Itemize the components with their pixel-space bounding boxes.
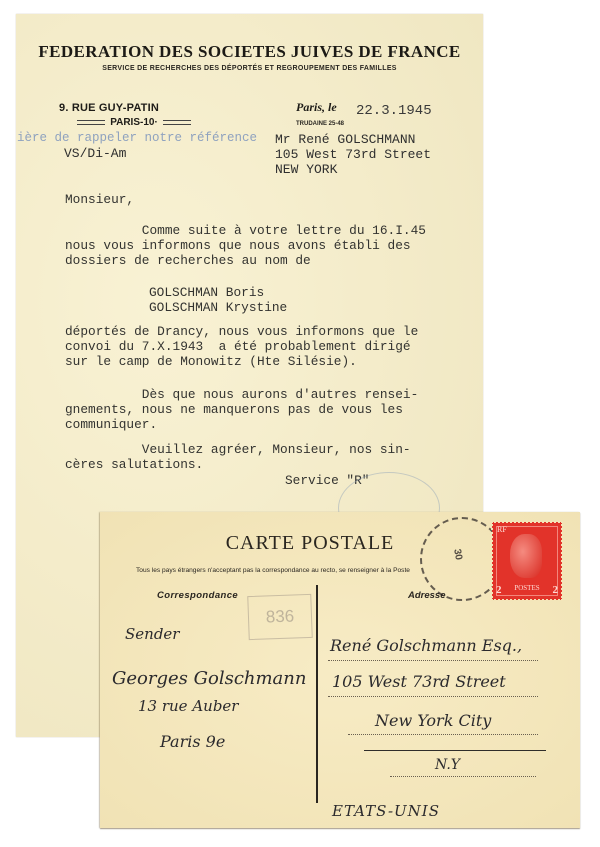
address-name: René Golschmann Esq., xyxy=(330,636,522,655)
postcard-divider xyxy=(316,585,318,803)
paragraph-3: Dès que nous aurons d'autres rensei- gne… xyxy=(65,387,418,432)
letter-date: 22.3.1945 xyxy=(356,103,432,119)
address-line-2 xyxy=(328,696,538,697)
postcard: CARTE POSTALE Tous les pays étrangers n'… xyxy=(100,512,580,828)
sender-name: Georges Golschmann xyxy=(112,668,306,689)
reference-note: prière de rappeler notre référence xyxy=(2,131,257,145)
recipient-street: 105 West 73rd Street xyxy=(275,147,431,162)
sender-street: 13 rue Auber xyxy=(138,697,238,715)
postage-stamp: RF 2 POSTES 2 xyxy=(492,522,562,600)
address-line-4 xyxy=(390,776,536,777)
stamp-portrait-icon xyxy=(510,534,542,578)
address-line-3 xyxy=(348,734,538,735)
recipient-name: Mr René GOLSCHMANN xyxy=(275,132,415,147)
letterhead-address-street: 9. RUE GUY-PATIN xyxy=(59,102,159,114)
address-city: New York City xyxy=(375,711,491,730)
address-line-1 xyxy=(328,660,538,661)
stamp-value-row: 2 POSTES 2 xyxy=(496,584,558,596)
letterhead-phone: TRUDAINE 25-48 xyxy=(296,121,344,127)
postcard-notice: Tous les pays étrangers n'acceptant pas … xyxy=(136,567,410,574)
sender-label: Sender xyxy=(125,625,179,643)
stamp-country: RF xyxy=(497,525,507,534)
recipient-city: NEW YORK xyxy=(275,162,337,177)
closing: Veuillez agréer, Monsieur, nos sin- cère… xyxy=(65,442,411,472)
place-label: Paris, le xyxy=(296,100,337,115)
address-street: 105 West 73rd Street xyxy=(332,672,506,691)
recipient-block: Mr René GOLSCHMANN 105 West 73rd Street … xyxy=(275,132,431,177)
address-underline xyxy=(364,750,546,751)
salutation: Monsieur, xyxy=(65,192,134,207)
name-1: GOLSCHMAN Boris xyxy=(149,285,264,300)
sender-city: Paris 9e xyxy=(160,732,225,751)
paragraph-1: Comme suite à votre lettre du 16.I.45 no… xyxy=(65,223,426,268)
letterhead-service: SERVICE DE RECHERCHES DES DÉPORTÉS ET RE… xyxy=(16,65,483,72)
paragraph-2: déportés de Drancy, nous vous informons … xyxy=(65,324,418,369)
name-2: GOLSCHMAN Krystine xyxy=(149,300,287,315)
reference-code: VS/Di-Am xyxy=(64,146,126,161)
censor-stamp: 836 xyxy=(247,594,312,640)
letterhead-organization: FEDERATION DES SOCIETES JUIVES DE FRANCE xyxy=(16,42,483,62)
address-country: ETATS-UNIS xyxy=(332,802,440,820)
correspondance-label: Correspondance xyxy=(157,590,238,601)
stamp-label: POSTES xyxy=(514,584,539,596)
letterhead-address-city: PARIS-10· xyxy=(59,117,209,128)
address-state: N.Y xyxy=(435,757,460,773)
